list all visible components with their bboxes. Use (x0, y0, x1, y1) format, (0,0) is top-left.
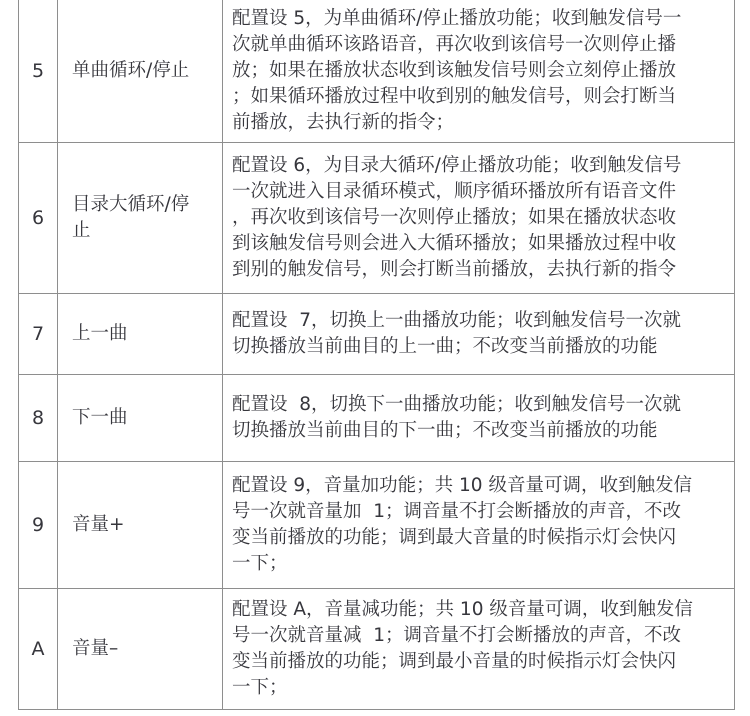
function-description: 配置设 9，音量加功能；共 10 级音量可调，收到触发信 号一次就音量加 1；调… (223, 462, 734, 588)
table-row: 7 上一曲 配置设 7，切换上一曲播放功能；收到触发信号一次就 切换播放当前曲目… (19, 294, 734, 375)
function-description: 配置设 8，切换下一曲播放功能；收到触发信号一次就 切换播放当前曲目的下一曲；不… (223, 375, 734, 461)
function-code: 6 (19, 143, 58, 293)
function-name: 单曲循环/停止 (58, 0, 223, 142)
table-row: 5 单曲循环/停止 配置设 5，为单曲循环/停止播放功能；收到触发信号一 次就单… (19, 0, 734, 143)
function-code: 7 (19, 294, 58, 374)
function-code: A (19, 589, 58, 709)
function-description: 配置设 7，切换上一曲播放功能；收到触发信号一次就 切换播放当前曲目的上一曲；不… (223, 294, 734, 374)
function-description: 配置设 6，为目录大循环/停止播放功能；收到触发信号 一次就进入目录循环模式，顺… (223, 143, 734, 293)
table-row: 9 音量+ 配置设 9，音量加功能；共 10 级音量可调，收到触发信 号一次就音… (19, 462, 734, 589)
function-code: 5 (19, 0, 58, 142)
table-row: 8 下一曲 配置设 8，切换下一曲播放功能；收到触发信号一次就 切换播放当前曲目… (19, 375, 734, 462)
function-name: 下一曲 (58, 375, 223, 461)
function-description: 配置设 A，音量减功能；共 10 级音量可调，收到触发信 号一次就音量减 1；调… (223, 589, 734, 709)
table-row: A 音量– 配置设 A，音量减功能；共 10 级音量可调，收到触发信 号一次就音… (19, 589, 734, 710)
function-code: 8 (19, 375, 58, 461)
table-row: 6 目录大循环/停 止 配置设 6，为目录大循环/停止播放功能；收到触发信号 一… (19, 143, 734, 294)
function-name: 音量– (58, 589, 223, 709)
function-config-table: 5 单曲循环/停止 配置设 5，为单曲循环/停止播放功能；收到触发信号一 次就单… (18, 0, 735, 710)
function-description: 配置设 5，为单曲循环/停止播放功能；收到触发信号一 次就单曲循环该路语音，再次… (223, 0, 734, 142)
function-name: 上一曲 (58, 294, 223, 374)
function-code: 9 (19, 462, 58, 588)
function-name: 目录大循环/停 止 (58, 143, 223, 293)
function-name: 音量+ (58, 462, 223, 588)
